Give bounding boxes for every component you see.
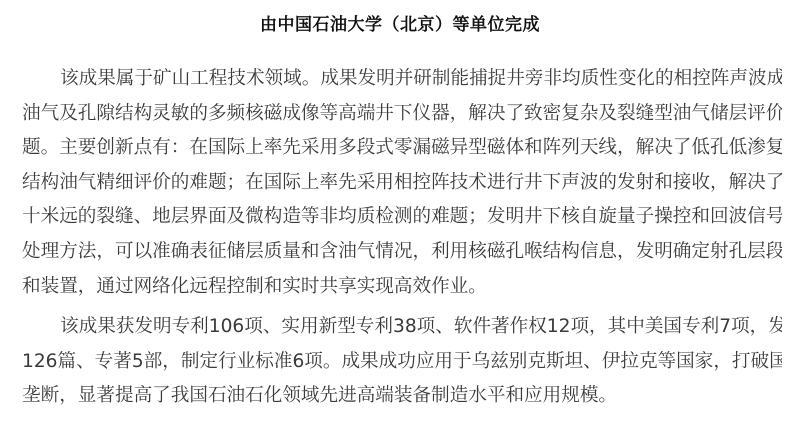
- document-title: 由中国石油大学（北京）等单位完成: [0, 12, 800, 38]
- paragraph-line: 垄断，显著提高了我国石油石化领域先进高端装备制造水平和应用规模。: [22, 379, 782, 414]
- paragraph-achievement-description: 该成果属于矿山工程技术领域。成果发明并研制能捕捉井旁非均质性变化的相控阵声波成像…: [22, 62, 782, 304]
- paragraph-line: 结构油气精细评价的难题；在国际上率先采用相控阵技术进行井下声波的发射和接收，解决…: [22, 166, 782, 201]
- paragraph-line: 126篇、专著5部，制定行业标准6项。成果成功应用于乌兹别克斯坦、伊拉克等国家，…: [22, 345, 782, 380]
- paragraph-line: 和装置，通过网络化远程控制和实时共享实现高效作业。: [22, 270, 782, 305]
- paragraph-line: 该成果获发明专利106项、实用新型专利38项、软件著作权12项，其中美国专利7项…: [22, 310, 782, 345]
- paragraph-line: 该成果属于矿山工程技术领域。成果发明并研制能捕捉井旁非均质性变化的相控阵声波成像…: [22, 62, 782, 97]
- paragraph-line: 处理方法，可以准确表征储层质量和含油气情况，利用核磁孔喉结构信息，发明确定射孔层…: [22, 235, 782, 270]
- paragraph-achievement-results: 该成果获发明专利106项、实用新型专利38项、软件著作权12项，其中美国专利7项…: [22, 310, 782, 414]
- paragraph-line: 题。主要创新点有：在国际上率先采用多段式零漏磁异型磁体和阵列天线，解决了低孔低渗…: [22, 131, 782, 166]
- paragraph-line: 油气及孔隙结构灵敏的多频核磁成像等高端井下仪器，解决了致密复杂及裂缝型油气储层评…: [22, 97, 782, 132]
- paragraph-line: 十米远的裂缝、地层界面及微构造等非均质检测的难题；发明井下核自旋量子操控和回波信…: [22, 200, 782, 235]
